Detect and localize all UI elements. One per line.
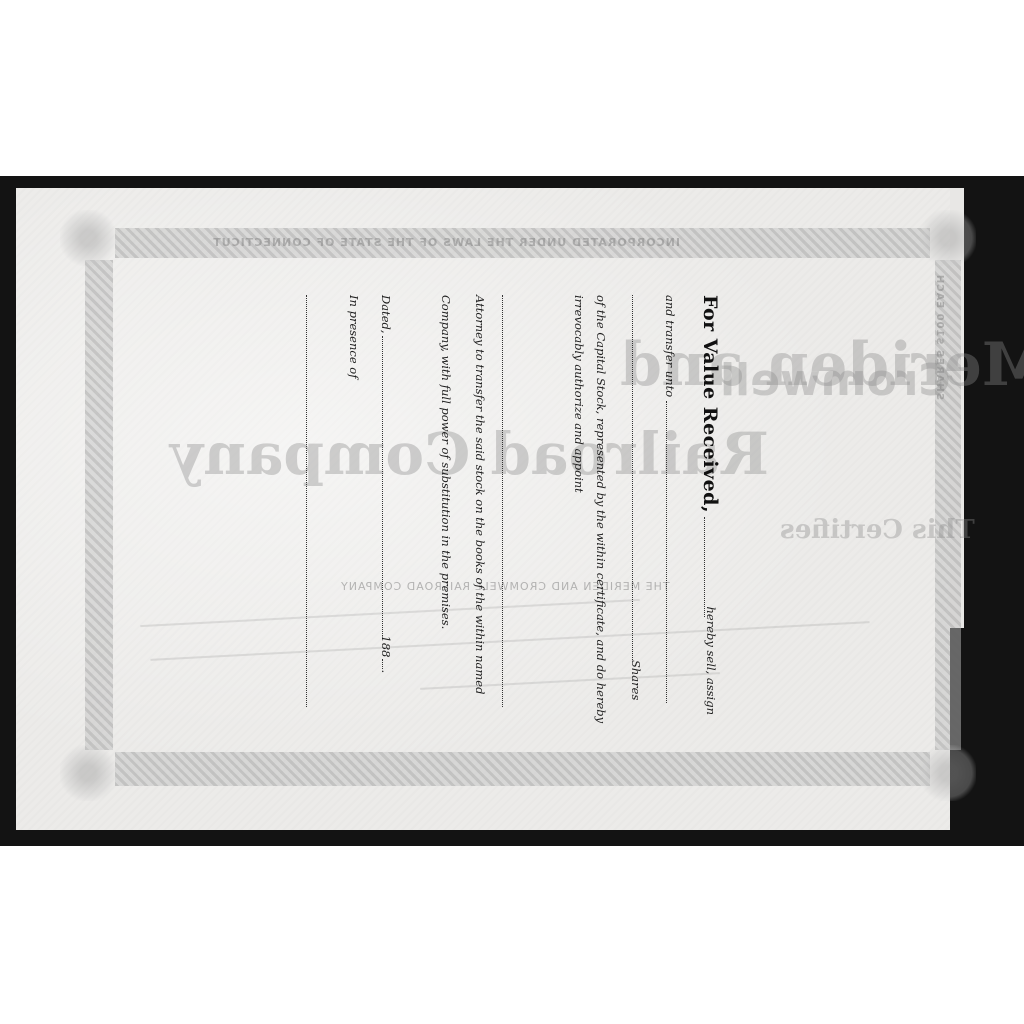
- attorney-text: Attorney to transfer the said stock on t…: [473, 295, 487, 715]
- form-title: For Value Received,: [699, 295, 721, 513]
- transfer-unto-row: and transfer unto: [663, 295, 677, 715]
- witness-blank-line[interactable]: [306, 295, 307, 707]
- corner-ornament-icon: [60, 745, 116, 801]
- corner-ornament-icon: [920, 745, 976, 801]
- dated-row: Dated,188.: [379, 295, 393, 715]
- ornamental-border-left: [85, 260, 113, 750]
- bleed-through-certifies: This Certifies: [780, 515, 975, 545]
- bleed-through-border-text: INCORPORATED UNDER THE LAWS OF THE STATE…: [290, 236, 680, 249]
- dated-label: Dated,: [379, 295, 393, 334]
- attorney-blank-line[interactable]: [502, 295, 503, 707]
- shares-blank-line[interactable]: [632, 295, 633, 660]
- company-text: Company, with full power of substitution…: [439, 295, 453, 715]
- irrevocably-text: irrevocably authorize and appoint: [572, 295, 586, 715]
- capital-stock-text: of the Capital Stock, represented by the…: [594, 295, 608, 715]
- date-blank-line[interactable]: [382, 336, 383, 636]
- corner-ornament-icon: [920, 210, 976, 266]
- for-value-received-row: For Value Received, hereby sell, assign: [699, 295, 721, 715]
- shares-row: Shares: [629, 295, 643, 715]
- shares-label: Shares: [629, 660, 643, 700]
- year-blank[interactable]: [382, 659, 383, 669]
- presence-label: In presence of: [347, 295, 361, 715]
- transferee-blank-line[interactable]: [666, 401, 667, 703]
- year-prefix: 188: [379, 636, 393, 658]
- corner-ornament-icon: [60, 210, 116, 266]
- transfer-unto-label: and transfer unto: [663, 295, 677, 397]
- bleed-through-mark: Cromwell: [720, 355, 951, 406]
- transfer-form: For Value Received, hereby sell, assign …: [305, 295, 715, 715]
- assignor-blank-line[interactable]: [704, 517, 705, 617]
- ornamental-border-bottom: [115, 752, 930, 786]
- hereby-sell-assign-text: hereby sell, assign: [704, 606, 718, 715]
